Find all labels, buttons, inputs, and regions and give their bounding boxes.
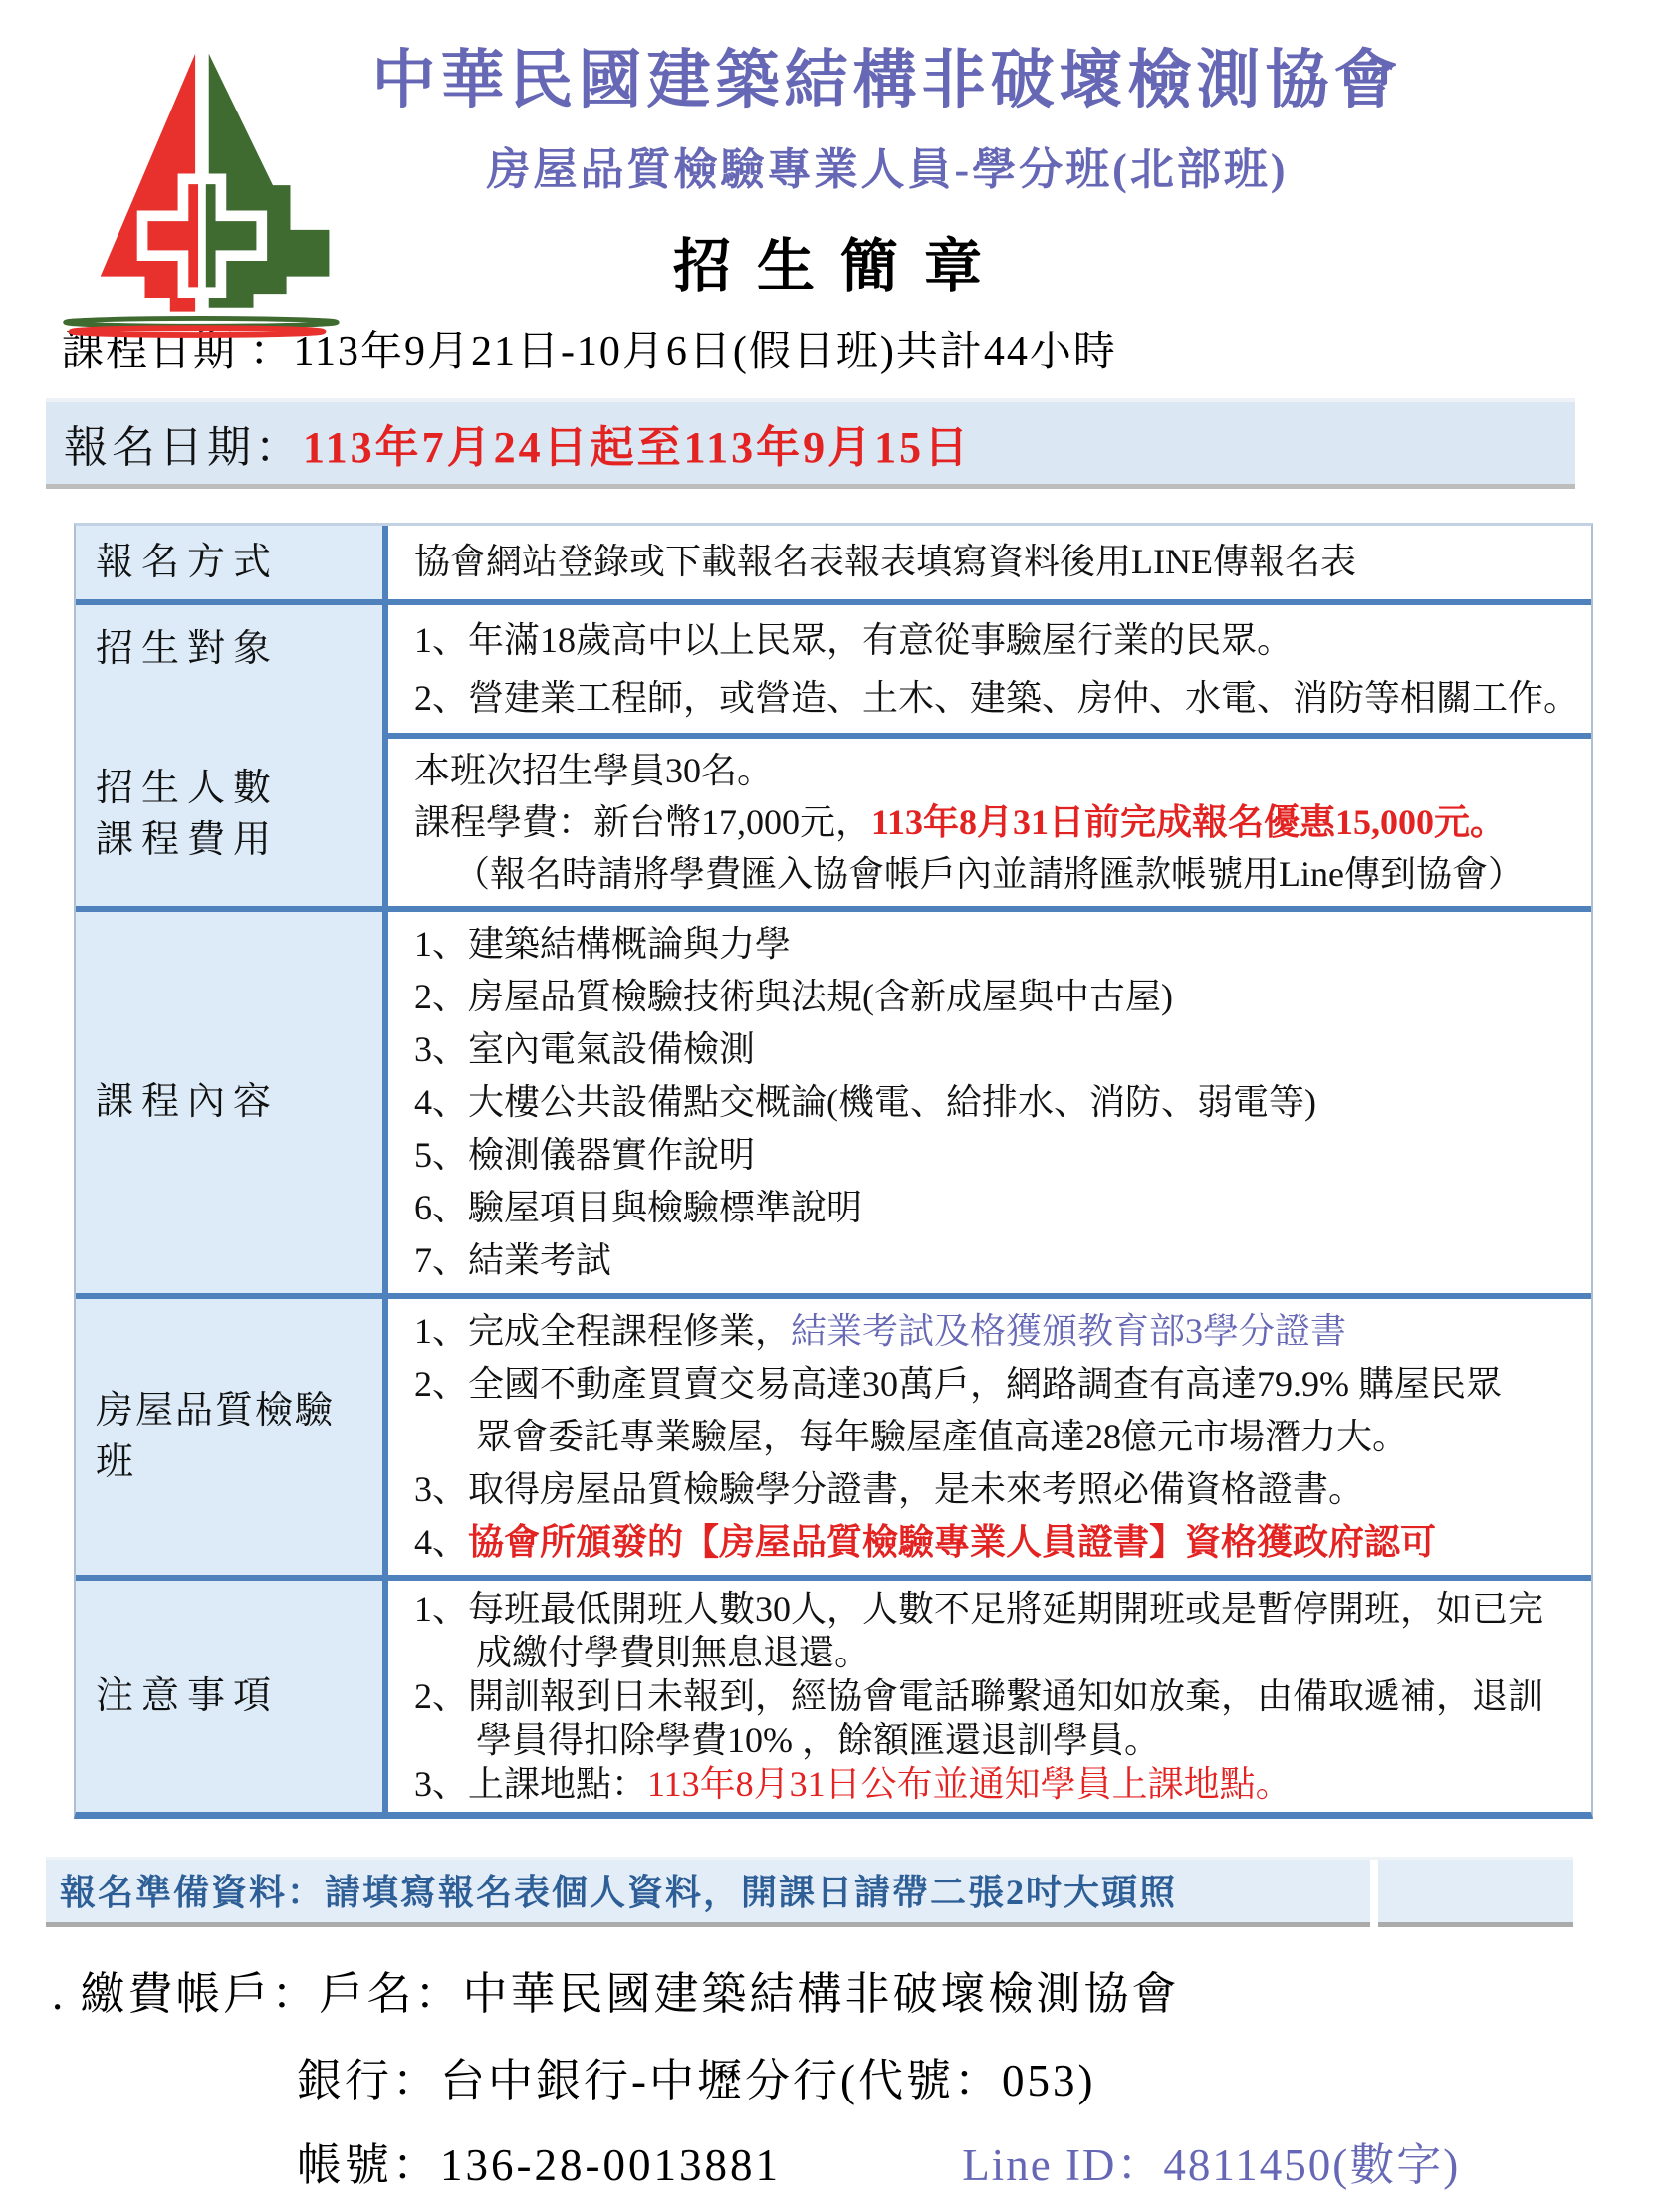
row-label: 房屋品質檢驗 班	[76, 1299, 388, 1575]
content-line: 協會網站登錄或下載報名表報表填寫資料後用LINE傳報名表	[414, 539, 1356, 585]
content-line: 2、全國不動產買賣交易高達30萬戶，網路調查有高達79.9% 購屋民眾	[414, 1358, 1583, 1411]
content-line: 6、驗屋項目與檢驗標準說明	[414, 1182, 1583, 1234]
register-date-value: 113年7月24日起至113年9月15日	[303, 411, 971, 475]
table-row-notes: 注意事項 1、每班最低開班人數30人，人數不足將延期開班或是暫停開班，如已完成繳…	[76, 1575, 1591, 1812]
content-block: 1、完成全程課程修業，結業考試及格獲頒教育部3學分證書2、全國不動產買賣交易高達…	[388, 1299, 1591, 1575]
table-row-registration-method: 報名方式 協會網站登錄或下載報名表報表填寫資料後用LINE傳報名表	[76, 526, 1591, 599]
row-content: 協會網站登錄或下載報名表報表填寫資料後用LINE傳報名表	[388, 526, 1591, 599]
content-block: 本班次招生學員30名。課程學費：新台幣17,000元，113年8月31日前完成報…	[388, 733, 1591, 906]
text-segment: 1、每班最低開班人數30人，人數不足將延期開班或是暫停開班，如已完	[414, 1589, 1543, 1629]
text-segment: 1、年滿18歲高中以上民眾，有意從事驗屋行業的民眾。	[414, 620, 1293, 660]
association-logo	[54, 40, 345, 340]
text-segment: 結業考試及格獲頒教育部3學分證書	[791, 1311, 1346, 1351]
content-line: 2、開訓報到日未報到，經協會電話聯繫通知如放棄，由備取遞補，退訓	[414, 1674, 1583, 1718]
content-line: 4、大樓公共設備點交概論(機電、給排水、消防、弱電等)	[414, 1076, 1583, 1129]
line-id: Line ID：4811450(數字)	[962, 2140, 1460, 2190]
page-root: { "colors": { "purple": "#6667b5", "red"…	[0, 0, 1655, 2212]
text-segment: 2、全國不動產買賣交易高達30萬戶，網路調查有高達79.9% 購屋民眾	[414, 1364, 1502, 1404]
content-line: 課程學費：新台幣17,000元，113年8月31日前完成報名優惠15,000元。	[414, 796, 1583, 848]
content-block: 協會網站登錄或下載報名表報表填寫資料後用LINE傳報名表	[388, 533, 1364, 591]
text-segment: 1、完成全程課程修業，	[414, 1311, 791, 1351]
text-segment: （報名時請將學費匯入協會帳戶內並請將匯款帳號用Line傳到協會）	[454, 854, 1524, 894]
text-segment: 協會所頒發的【房屋品質檢驗專業人員證書】資格獲政府認可	[468, 1522, 1436, 1562]
text-segment: 2、房屋品質檢驗技術與法規(含新成屋與中古屋)	[414, 977, 1173, 1016]
info-table: 報名方式 協會網站登錄或下載報名表報表填寫資料後用LINE傳報名表 招生對象 招…	[74, 523, 1593, 1819]
content-block: 1、年滿18歲高中以上民眾，有意從事驗屋行業的民眾。2、營建業工程師，或營造、土…	[388, 605, 1591, 733]
text-segment: 1、建築結構概論與力學	[414, 924, 791, 964]
content-line: 本班次招生學員30名。	[414, 745, 1583, 796]
text-segment: 7、結業考試	[414, 1240, 611, 1280]
text-segment: 3、取得房屋品質檢驗學分證書，是未來考照必備資格證書。	[414, 1469, 1364, 1509]
text-segment: 6、驗屋項目與檢驗標準說明	[414, 1188, 862, 1227]
row-label-text: 報名方式	[96, 537, 382, 588]
bank-line: 銀行：台中銀行-中壢分行(代號：053)	[297, 2044, 1655, 2108]
text-segment: 3、上課地點：	[414, 1764, 647, 1804]
text-segment: 113年8月31日公布並通知學員上課地點。	[647, 1764, 1292, 1804]
text-segment: 學員得扣除學費10% ，餘額匯還退訓學員。	[476, 1720, 1160, 1760]
text-segment: 本班次招生學員30名。	[414, 751, 773, 790]
text-segment: 課程學費：新台幣17,000元，	[414, 802, 871, 842]
logo-red-arc	[72, 328, 324, 335]
content-line: 2、營建業工程師，或營造、土木、建築、房仲、水電、消防等相關工作。	[414, 669, 1583, 727]
prep-bar-divider	[1370, 1860, 1378, 1927]
row-label: 課程內容	[76, 912, 388, 1293]
content-line: 1、每班最低開班人數30人，人數不足將延期開班或是暫停開班，如已完	[414, 1587, 1583, 1631]
text-segment: 5、檢測儀器實作說明	[414, 1135, 755, 1175]
text-segment: 成繳付學費則無息退還。	[476, 1633, 870, 1672]
footer: . 繳費帳戶：戶名：中華民國建築結構非破壞檢測協會 銀行：台中銀行-中壢分行(代…	[0, 1957, 1655, 2193]
prep-materials-bar: 報名準備資料：請填寫報名表個人資料，開課日請帶二張2吋大頭照	[46, 1857, 1573, 1927]
content-line: 3、取得房屋品質檢驗學分證書，是未來考照必備資格證書。	[414, 1463, 1583, 1516]
content-line: （報名時請將學費匯入協會帳戶內並請將匯款帳號用Line傳到協會）	[414, 848, 1583, 900]
payment-account-line: . 繳費帳戶：戶名：中華民國建築結構非破壞檢測協會	[52, 1957, 1655, 2022]
content-line: 5、檢測儀器實作說明	[414, 1129, 1583, 1182]
text-segment: 2、營建業工程師，或營造、土木、建築、房仲、水電、消防等相關工作。	[414, 678, 1579, 718]
row-label-text: 課程費用	[96, 814, 382, 866]
row-label-text: 房屋品質檢驗	[96, 1385, 382, 1437]
content-line: 學員得扣除學費10% ，餘額匯還退訓學員。	[414, 1718, 1583, 1762]
text-segment: 2、開訓報到日未報到，經協會電話聯繫通知如放棄，由備取遞補，退訓	[414, 1676, 1543, 1716]
content-block: 1、每班最低開班人數30人，人數不足將延期開班或是暫停開班，如已完成繳付學費則無…	[388, 1581, 1591, 1812]
content-line: 1、建築結構概論與力學	[414, 918, 1583, 971]
account-number: 帳號：136-28-0013881	[297, 2140, 781, 2190]
content-line: 1、完成全程課程修業，結業考試及格獲頒教育部3學分證書	[414, 1305, 1583, 1358]
content-line: 2、房屋品質檢驗技術與法規(含新成屋與中古屋)	[414, 971, 1583, 1023]
row-content: 1、完成全程課程修業，結業考試及格獲頒教育部3學分證書2、全國不動產買賣交易高達…	[388, 1299, 1591, 1575]
text-segment: 4、	[414, 1522, 468, 1562]
logo-green-tree	[209, 54, 330, 308]
content-line: 1、年滿18歲高中以上民眾，有意從事驗屋行業的民眾。	[414, 611, 1583, 669]
text-segment: 4、大樓公共設備點交概論(機電、給排水、消防、弱電等)	[414, 1082, 1316, 1122]
content-line: 4、協會所頒發的【房屋品質檢驗專業人員證書】資格獲政府認可	[414, 1516, 1583, 1569]
row-content: 1、每班最低開班人數30人，人數不足將延期開班或是暫停開班，如已完成繳付學費則無…	[388, 1581, 1591, 1812]
table-row-inspection-class: 房屋品質檢驗 班 1、完成全程課程修業，結業考試及格獲頒教育部3學分證書2、全國…	[76, 1293, 1591, 1575]
content-line: 成繳付學費則無息退還。	[414, 1631, 1583, 1674]
row-label: 招生對象 招生人數 課程費用	[76, 605, 388, 906]
content-line: 眾會委託專業驗屋，每年驗屋產值高達28億元市場潛力大。	[414, 1411, 1583, 1463]
row-label: 注意事項	[76, 1581, 388, 1812]
row-content: 1、建築結構概論與力學2、房屋品質檢驗技術與法規(含新成屋與中古屋)3、室內電氣…	[388, 912, 1591, 1293]
header: 中華民國建築結構非破壞檢測協會 房屋品質檢驗專業人員-學分班(北部班) 招生簡章…	[0, 0, 1655, 378]
logo-green-arc	[66, 318, 338, 326]
text-segment: 3、室內電氣設備檢測	[414, 1029, 755, 1069]
register-date-bar: 報名日期： 113年7月24日起至113年9月15日	[46, 398, 1575, 489]
row-label-text: 招生對象	[96, 623, 382, 675]
row-label: 報名方式	[76, 526, 388, 599]
text-segment: 113年8月31日前完成報名優惠15,000元。	[871, 802, 1506, 842]
register-date-label: 報名日期：	[64, 411, 303, 475]
row-label-text: 班	[96, 1437, 382, 1488]
row-content: 1、年滿18歲高中以上民眾，有意從事驗屋行業的民眾。2、營建業工程師，或營造、土…	[388, 605, 1591, 906]
row-label-text: 招生人數	[96, 763, 382, 814]
content-line: 3、室內電氣設備檢測	[414, 1023, 1583, 1076]
row-label-text: 課程內容	[96, 1076, 382, 1128]
account-number-line: 帳號：136-28-0013881 Line ID：4811450(數字)	[297, 2128, 1655, 2193]
table-row-target-and-fee: 招生對象 招生人數 課程費用 1、年滿18歲高中以上民眾，有意從事驗屋行業的民眾…	[76, 599, 1591, 906]
content-block: 1、建築結構概論與力學2、房屋品質檢驗技術與法規(含新成屋與中古屋)3、室內電氣…	[388, 912, 1591, 1293]
table-row-course-content: 課程內容 1、建築結構概論與力學2、房屋品質檢驗技術與法規(含新成屋與中古屋)3…	[76, 906, 1591, 1293]
text-segment: 眾會委託專業驗屋，每年驗屋產值高達28億元市場潛力大。	[476, 1417, 1408, 1456]
text-segment: 協會網站登錄或下載報名表報表填寫資料後用LINE傳報名表	[414, 542, 1356, 581]
prep-materials-text: 報名準備資料：請填寫報名表個人資料，開課日請帶二張2吋大頭照	[60, 1873, 1177, 1912]
content-line: 7、結業考試	[414, 1234, 1583, 1287]
content-line: 3、上課地點：113年8月31日公布並通知學員上課地點。	[414, 1762, 1583, 1806]
row-label-text: 注意事項	[96, 1670, 382, 1722]
